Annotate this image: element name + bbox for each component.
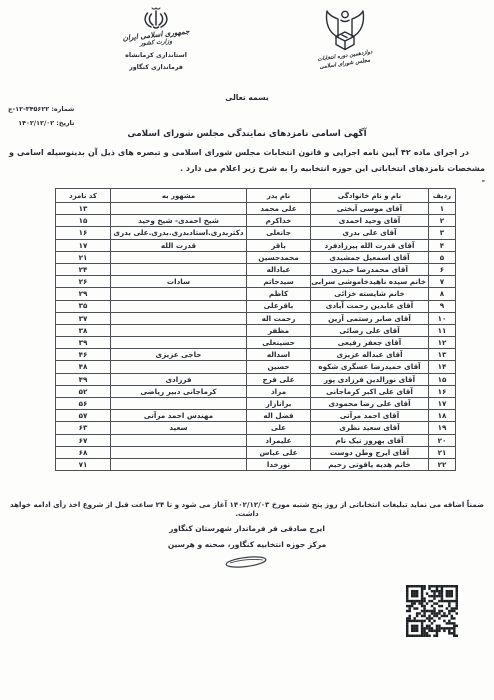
cell-row: ۱۷: [429, 398, 456, 410]
cell-row: ۱۶: [429, 385, 456, 397]
cell-known_as: شیخ احمدی- شیخ وحید: [111, 215, 247, 227]
cell-father: باقر: [247, 239, 311, 251]
campaign-footnote: ضمناً اضافه می نماید تبلیغات انتخاباتی ا…: [4, 500, 490, 518]
qr-code: [406, 585, 458, 637]
bismillah-text: بسمه تعالی: [0, 93, 494, 102]
cell-name: خانم هدیه یاقوتی رحیم: [311, 458, 429, 470]
governorate-line: استانداری کرمانشاه: [100, 52, 212, 59]
signature-district-line: مرکز حوزه انتخابیه کنگاور، صحنه و هرسین: [0, 540, 494, 549]
cell-code: ۱۷: [56, 239, 111, 251]
cell-father: علی فرج: [247, 373, 311, 385]
col-header-4: کد نامزد: [56, 189, 111, 203]
cell-father: حسین: [247, 361, 311, 373]
cell-code: ۳۹: [56, 337, 111, 349]
cell-father: رحمت اله: [247, 312, 311, 324]
candidates-table: ردیفنام و نام خانوادگینام پدرمشهور بهکد …: [55, 188, 456, 471]
cell-known_as: [111, 312, 247, 324]
cell-name: آقای عابدین رحمت آبادی: [311, 300, 429, 312]
cell-known_as: سادات: [111, 276, 247, 288]
table-row: ۱۶آقای علی اکبر کرماجانیمرادکرماجانی دبی…: [56, 385, 456, 397]
cell-name: آقای بهروز نیک نام: [311, 434, 429, 446]
table-row: ۱۲آقای جعفر رفیعیحسینعلی۳۹: [56, 337, 456, 349]
cell-known_as: [111, 446, 247, 458]
cell-code: ۳۵: [56, 300, 111, 312]
table-header-row: ردیفنام و نام خانوادگینام پدرمشهور بهکد …: [56, 189, 456, 203]
cell-code: ۵۶: [56, 398, 111, 410]
cell-name: آقای احمد مرآتی: [311, 410, 429, 422]
cell-code: ۱۳: [56, 203, 111, 215]
cell-father: مراد: [247, 385, 311, 397]
cell-father: محمدحسین: [247, 251, 311, 263]
cell-father: اسداله: [247, 349, 311, 361]
cell-known_as: [111, 300, 247, 312]
cell-row: ۱۹: [429, 422, 456, 434]
cell-name: آقای ایرج وطن دوست: [311, 446, 429, 458]
col-header-2: نام پدر: [247, 189, 311, 203]
cell-name: آقای علی رضائی: [311, 324, 429, 336]
cell-name: آقای موسی آبختی: [311, 203, 429, 215]
table-header: ردیفنام و نام خانوادگینام پدرمشهور بهکد …: [56, 189, 456, 203]
table-row: ۱۱آقای علی رضائیمظفر۳۸: [56, 324, 456, 336]
cell-row: ۲۱: [429, 446, 456, 458]
cell-father: علی عباس: [247, 446, 311, 458]
letter-date: تاریخ: ۱۴۰۲/۱۲/۰۲: [8, 116, 74, 130]
cell-father: علی محمد: [247, 203, 311, 215]
cell-name: آقای وحید احمدی: [311, 215, 429, 227]
cell-name: آقای علی بدری: [311, 227, 429, 239]
cell-father: فضل اله: [247, 410, 311, 422]
cell-code: ۷۱: [56, 458, 111, 470]
table-row: ۴آقای قدرت الله پیرزادفردباقرقدرت الله۱۷: [56, 239, 456, 251]
cell-father: برانازار: [247, 398, 311, 410]
cell-row: ۱۸: [429, 410, 456, 422]
signature-name-line: ایرج صادقی فر فرماندار شهرستان کنگاور: [0, 524, 494, 533]
table-row: ۲۰آقای بهروز نیک نامعلیمراد۶۷: [56, 434, 456, 446]
cell-known_as: [111, 337, 247, 349]
cell-code: ۵۷: [56, 410, 111, 422]
cell-father: باقرعلی: [247, 300, 311, 312]
cell-row: ۲: [429, 215, 456, 227]
cell-name: آقای محمدرضا حیدری: [311, 263, 429, 275]
table-row: ۱۹آقای سعید نظریعلیسعید۶۳: [56, 422, 456, 434]
cell-code: ۲۹: [56, 288, 111, 300]
cell-known_as: مهندس احمد مرآتی: [111, 410, 247, 422]
cell-row: ۱۴: [429, 361, 456, 373]
cell-name: آقای حمیدرضا عسگری شکوه: [311, 361, 429, 373]
table-row: ۲۲خانم هدیه یاقوتی رحیمنورخدا۷۱: [56, 458, 456, 470]
table-row: ۷خانم سیده ناهیدخاموشی سرابیسیدحاتمسادات…: [56, 276, 456, 288]
cell-row: ۱۱: [429, 324, 456, 336]
table-row: ۱۳آقای عبداله عزیزیاسدالهحاجی عزیزی۴۶: [56, 349, 456, 361]
cell-row: ۲۲: [429, 458, 456, 470]
table-row: ۹آقای عابدین رحمت آبادیباقرعلی۳۵: [56, 300, 456, 312]
cell-father: علیمراد: [247, 434, 311, 446]
intro-paragraph: در اجرای ماده ۴۲ آیین نامه اجرایی و قانو…: [9, 145, 485, 176]
page-title: آگهی اسامی نامزدهای نمایندگی مجلس شورای …: [0, 129, 494, 139]
ministry-header-block: جمهوری اسلامی ایران وزارت کشور استانداری…: [100, 6, 212, 71]
cell-known_as: [111, 251, 247, 263]
table-row: ۱۸آقای احمد مرآتیفضل الهمهندس احمد مرآتی…: [56, 410, 456, 422]
cell-row: ۶: [429, 263, 456, 275]
election-logo-block: دوازدهمین دوره انتخابات مجلس شورای اسلام…: [310, 8, 380, 68]
cell-father: حسینعلی: [247, 337, 311, 349]
table-row: ۳آقای علی بدریجانعلیدکتربدری.استادبدری.ب…: [56, 227, 456, 239]
cell-father: نورخدا: [247, 458, 311, 470]
table-body: ۱آقای موسی آبختیعلی محمد۱۳۲آقای وحید احم…: [56, 203, 456, 471]
table-row: ۲۱آقای ایرج وطن دوستعلی عباس۶۸: [56, 446, 456, 458]
cell-code: ۶۷: [56, 434, 111, 446]
table-row: ۱۷آقای علی رضا محمودیبرانازار۵۶: [56, 398, 456, 410]
cell-father: سیدحاتم: [247, 276, 311, 288]
cell-code: ۵۲: [56, 385, 111, 397]
cell-code: ۴۸: [56, 361, 111, 373]
cell-code: ۱۶: [56, 227, 111, 239]
cell-row: ۱: [429, 203, 456, 215]
table-row: ۲آقای وحید احمدیخداکرمشیخ احمدی- شیخ وحی…: [56, 215, 456, 227]
cell-code: ۲۱: [56, 251, 111, 263]
cell-father: علی: [247, 422, 311, 434]
cell-father: عباداله: [247, 263, 311, 275]
table-row: ۱۵آقای نورالدین فرزادی پورعلی فرجفرزادی۴…: [56, 373, 456, 385]
cell-known_as: قدرت الله: [111, 239, 247, 251]
cell-known_as: [111, 458, 247, 470]
cell-row: ۷: [429, 276, 456, 288]
col-header-3: مشهور به: [111, 189, 247, 203]
cell-known_as: [111, 361, 247, 373]
cell-known_as: [111, 398, 247, 410]
table-row: ۱۴آقای حمیدرضا عسگری شکوهحسین۴۸: [56, 361, 456, 373]
cell-name: خانم سیده ناهیدخاموشی سرابی: [311, 276, 429, 288]
cell-known_as: فرزادی: [111, 373, 247, 385]
cell-name: آقای جعفر رفیعی: [311, 337, 429, 349]
table-row: ۱۰آقای صابر رستمی آرینرحمت اله۳۷: [56, 312, 456, 324]
cell-code: ۲۴: [56, 263, 111, 275]
cell-row: ۸: [429, 288, 456, 300]
cell-known_as: سعید: [111, 422, 247, 434]
cell-known_as: [111, 288, 247, 300]
cell-row: ۹: [429, 300, 456, 312]
cell-code: ۳۷: [56, 312, 111, 324]
cell-name: آقای علی اکبر کرماجانی: [311, 385, 429, 397]
cell-father: مظفر: [247, 324, 311, 336]
cell-name: آقای قدرت الله پیرزادفرد: [311, 239, 429, 251]
cell-known_as: [111, 263, 247, 275]
col-header-1: نام و نام خانوادگی: [311, 189, 429, 203]
election-ballot-box-icon: [310, 8, 380, 52]
cell-father: خداکرم: [247, 215, 311, 227]
cell-known_as: کرماجانی دبیر ریاضی: [111, 385, 247, 397]
cell-row: ۱۳: [429, 349, 456, 361]
cell-row: ۵: [429, 251, 456, 263]
cell-code: ۲۶: [56, 276, 111, 288]
cell-father: کاظم: [247, 288, 311, 300]
letter-number: شماره: ۳۴۵۶۲۲-۱۲-ج: [8, 102, 74, 116]
letter-meta: شماره: ۳۴۵۶۲۲-۱۲-ج تاریخ: ۱۴۰۲/۱۲/۰۲: [8, 102, 74, 130]
cell-code: ۶۸: [56, 446, 111, 458]
table-row: ۱آقای موسی آبختیعلی محمد۱۳: [56, 203, 456, 215]
cell-row: ۳: [429, 227, 456, 239]
cell-code: ۴۶: [56, 349, 111, 361]
cell-row: ۱۰: [429, 312, 456, 324]
cell-name: آقای علی رضا محمودی: [311, 398, 429, 410]
table-row: ۶آقای محمدرضا حیدریعباداله۲۴: [56, 263, 456, 275]
cell-name: آقای اسمعیل جمشیدی: [311, 251, 429, 263]
table-row: ۸خانم شایسته خزائیکاظم۲۹: [56, 288, 456, 300]
cell-name: آقای سعید نظری: [311, 422, 429, 434]
cell-row: ۴: [429, 239, 456, 251]
cell-name: آقای عبداله عزیزی: [311, 349, 429, 361]
intro-end-mark: -: [482, 176, 485, 185]
cell-known_as: [111, 434, 247, 446]
signature-scribble-icon: [222, 553, 270, 575]
cell-row: ۱۵: [429, 373, 456, 385]
cell-name: آقای صابر رستمی آرین: [311, 312, 429, 324]
cell-name: آقای نورالدین فرزادی پور: [311, 373, 429, 385]
document-page: دوازدهمین دوره انتخابات مجلس شورای اسلام…: [0, 0, 494, 700]
cell-father: جانعلی: [247, 227, 311, 239]
cell-known_as: [111, 324, 247, 336]
col-header-0: ردیف: [429, 189, 456, 203]
cell-code: ۱۵: [56, 215, 111, 227]
cell-row: ۱۲: [429, 337, 456, 349]
cell-known_as: حاجی عزیزی: [111, 349, 247, 361]
cell-code: ۳۸: [56, 324, 111, 336]
cell-code: ۴۹: [56, 373, 111, 385]
county-line: فرمانداری کنگاور: [100, 64, 212, 71]
cell-row: ۲۰: [429, 434, 456, 446]
cell-name: خانم شایسته خزائی: [311, 288, 429, 300]
cell-known_as: [111, 203, 247, 215]
table-row: ۵آقای اسمعیل جمشیدیمحمدحسین۲۱: [56, 251, 456, 263]
cell-known_as: دکتربدری.استادبدری.بدری.علی بدری: [111, 227, 247, 239]
cell-code: ۶۳: [56, 422, 111, 434]
